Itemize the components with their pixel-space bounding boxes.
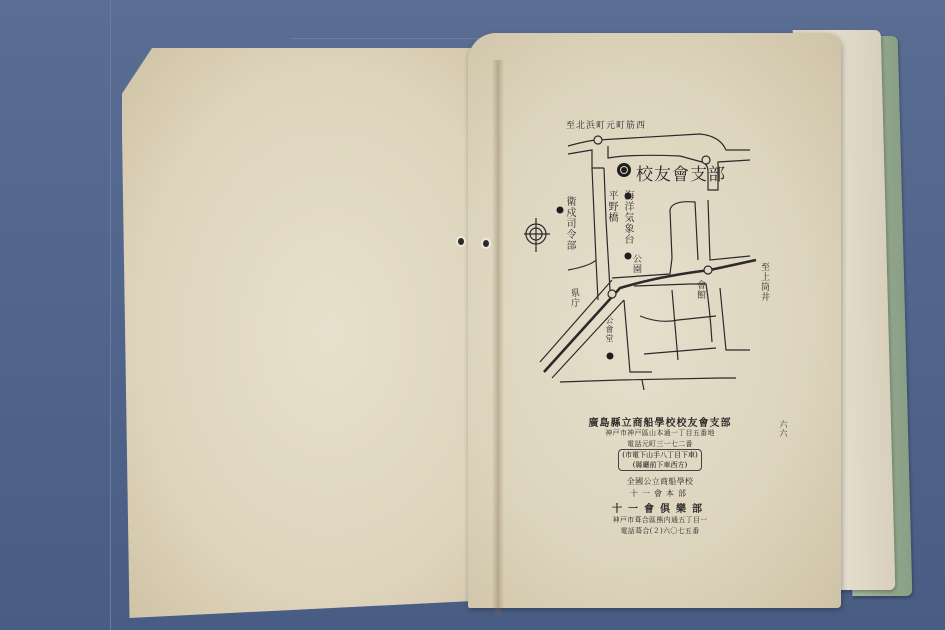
map-label-public-hall: 公會堂 (604, 316, 615, 343)
open-book: 汽船會社名簿 六四 (0, 0, 945, 630)
map-top-label: 至北浜町元町筋西 (566, 118, 646, 131)
map-label-observatory: 海洋気象台 (620, 190, 635, 245)
hand-drawn-map (520, 110, 780, 390)
map-label-prefectural-office: 県庁 (568, 288, 581, 308)
caption-headquarters: 十一會本部 (540, 488, 780, 499)
caption-club-phone: 電話葺合(２)六〇七五番 (540, 526, 780, 536)
map-label-kaikan: 會館 (694, 280, 707, 300)
caption-phone: 電話元町三一七二番 (540, 439, 780, 449)
caption-directions-box: (市電下山手八丁目下車)(縣廳前下車西方) (540, 449, 780, 471)
caption-club: 十一會俱樂部 (540, 500, 780, 515)
right-page-number: 六六 (778, 420, 789, 438)
map-label-to-tsutsui: 至上筒井 (758, 262, 771, 302)
caption-association: 全國公立商船學校 (540, 476, 780, 487)
map-label-park: 公園 (630, 254, 643, 274)
book-gutter (492, 60, 504, 615)
caption-club-address: 神戸市葺合區熊内通五丁目一 (540, 515, 780, 525)
map-label-garrison: 衛戍司令部 (562, 196, 577, 251)
map-school-label: 校友會支部 (636, 160, 726, 185)
binding-hole (458, 238, 464, 245)
caption-address: 神戸市神戸區山本通一丁目五番地 (540, 428, 780, 438)
background-line (110, 0, 111, 630)
binding-hole (483, 240, 489, 247)
left-page (122, 48, 498, 618)
caption-title: 廣島縣立商船學校校友會支部 (540, 414, 780, 429)
map-label-hirano-bridge: 平野橋 (604, 190, 619, 223)
